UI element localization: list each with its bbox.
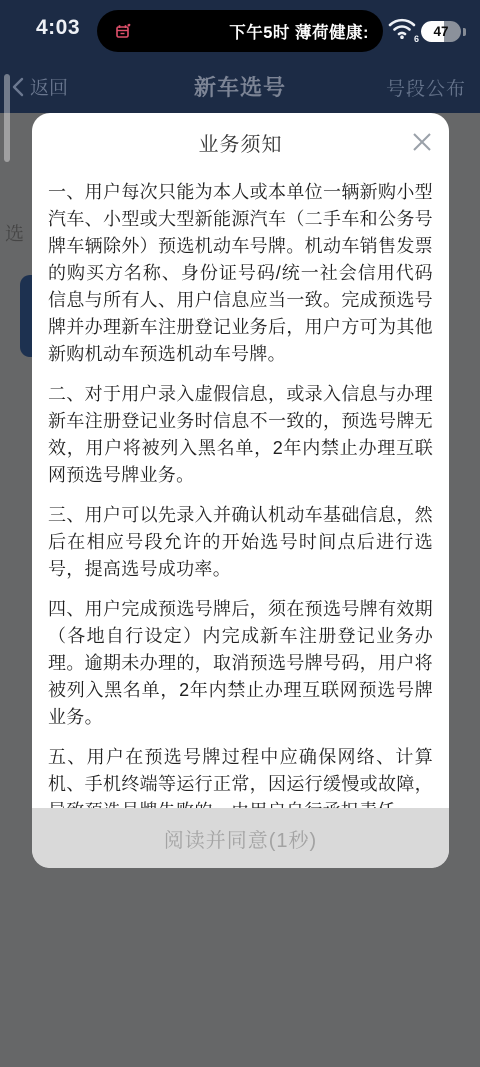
battery-icon: 47	[421, 21, 461, 42]
notice-paragraph-4: 四、用户完成预选号牌后，须在预选号牌有效期（各地自行设定）内完成新车注册登记业务…	[48, 596, 433, 731]
battery-percent: 47	[421, 21, 461, 42]
notice-paragraph-2: 二、对于用户录入虚假信息，或录入信息与办理新车注册登记业务时信息不一致的，预选号…	[48, 381, 433, 489]
number-segments-link[interactable]: 号段公布	[386, 74, 466, 101]
modal-title: 业务须知	[199, 128, 283, 157]
phone-screen: 4:03 下午5时 薄荷健康: 6 47	[0, 0, 480, 1067]
background-button-fragment	[20, 275, 32, 357]
close-icon	[411, 131, 433, 153]
modal-header: 业务须知	[32, 113, 449, 171]
wifi6-badge: 6	[414, 34, 419, 44]
nav-bar: 返回 新车选号 号段公布	[0, 60, 480, 113]
calendar-heart-icon	[115, 22, 133, 40]
notice-paragraph-5: 五、用户在预选号牌过程中应确保网络、计算机、手机终端等运行正常，因运行缓慢或故障…	[48, 744, 433, 808]
agree-button[interactable]: 阅读并同意(1秒)	[32, 808, 449, 868]
notice-paragraph-3: 三、用户可以先录入并确认机动车基础信息，然后在相应号段允许的开始选号时间点后进行…	[48, 502, 433, 583]
notification-text: 下午5时 薄荷健康:	[133, 19, 369, 43]
scroll-indicator	[4, 74, 10, 162]
notice-paragraph-1: 一、用户每次只能为本人或本单位一辆新购小型汽车、小型或大型新能源汽车（二手车和公…	[48, 179, 433, 368]
wifi-icon: 6	[388, 18, 416, 44]
business-notice-modal: 业务须知 一、用户每次只能为本人或本单位一辆新购小型汽车、小型或大型新能源汽车（…	[32, 113, 449, 868]
battery-nub	[463, 28, 466, 36]
background-partial-text: 选	[5, 219, 24, 246]
notification-pill[interactable]: 下午5时 薄荷健康:	[97, 10, 383, 52]
close-button[interactable]	[409, 129, 435, 155]
notice-text-body: 一、用户每次只能为本人或本单位一辆新购小型汽车、小型或大型新能源汽车（二手车和公…	[32, 171, 449, 808]
status-bar: 4:03 下午5时 薄荷健康: 6 47	[0, 0, 480, 60]
clock-time: 4:03	[36, 16, 92, 40]
